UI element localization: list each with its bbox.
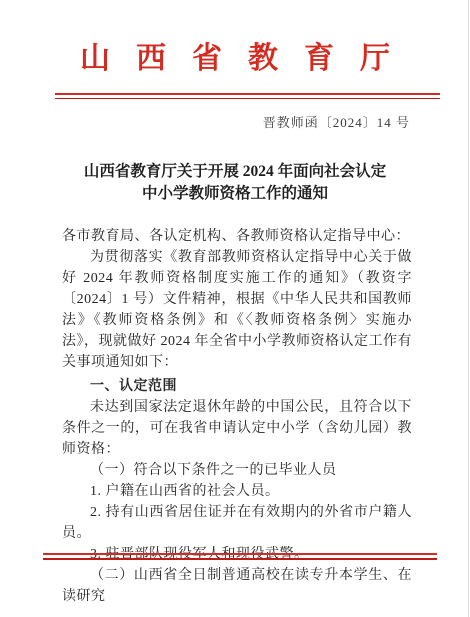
document-title-line1: 山西省教育厅关于开展 2024 年面向社会认定 xyxy=(84,163,386,180)
list-item: 1. 户籍在山西省的社会人员。 xyxy=(62,481,412,502)
document-title-line2: 中小学教师资格工作的通知 xyxy=(142,185,328,202)
salutation: 各市教育局、各认定机构、各教师资格认定指导中心： xyxy=(62,226,412,247)
document-page: 山西省教育厅 晋教师函〔2024〕14 号 山西省教育厅关于开展 2024 年面… xyxy=(0,0,470,617)
document-number: 晋教师函〔2024〕14 号 xyxy=(0,114,410,132)
intro-paragraph: 为贯彻落实《教育部教师资格认定指导中心关于做好 2024 年教师资格制度实施工作… xyxy=(62,247,412,373)
document-body: 各市教育局、各认定机构、各教师资格认定指导中心： 为贯彻落实《教育部教师资格认定… xyxy=(62,226,412,607)
subsection-1-heading: （一）符合以下条件之一的已毕业人员 xyxy=(62,460,412,481)
subsection-2-heading: （二）山西省全日制普通高校在读专升本学生、在读研究 xyxy=(62,565,412,607)
list-item: 2. 持有山西省居住证并在有效期内的外省市户籍人员。 xyxy=(62,502,412,544)
document-title: 山西省教育厅关于开展 2024 年面向社会认定 中小学教师资格工作的通知 xyxy=(40,161,430,205)
section-1-heading: 一、认定范围 xyxy=(62,376,412,397)
page-footer-divider xyxy=(43,553,437,560)
agency-letterhead: 山西省教育厅 xyxy=(0,0,470,76)
agency-name: 山西省教育厅 xyxy=(0,42,470,76)
section-1-intro: 未达到国家法定退休年龄的中国公民，且符合以下条件之一的，可在我省申请认定中小学（… xyxy=(62,397,412,460)
letterhead-divider xyxy=(55,93,440,99)
